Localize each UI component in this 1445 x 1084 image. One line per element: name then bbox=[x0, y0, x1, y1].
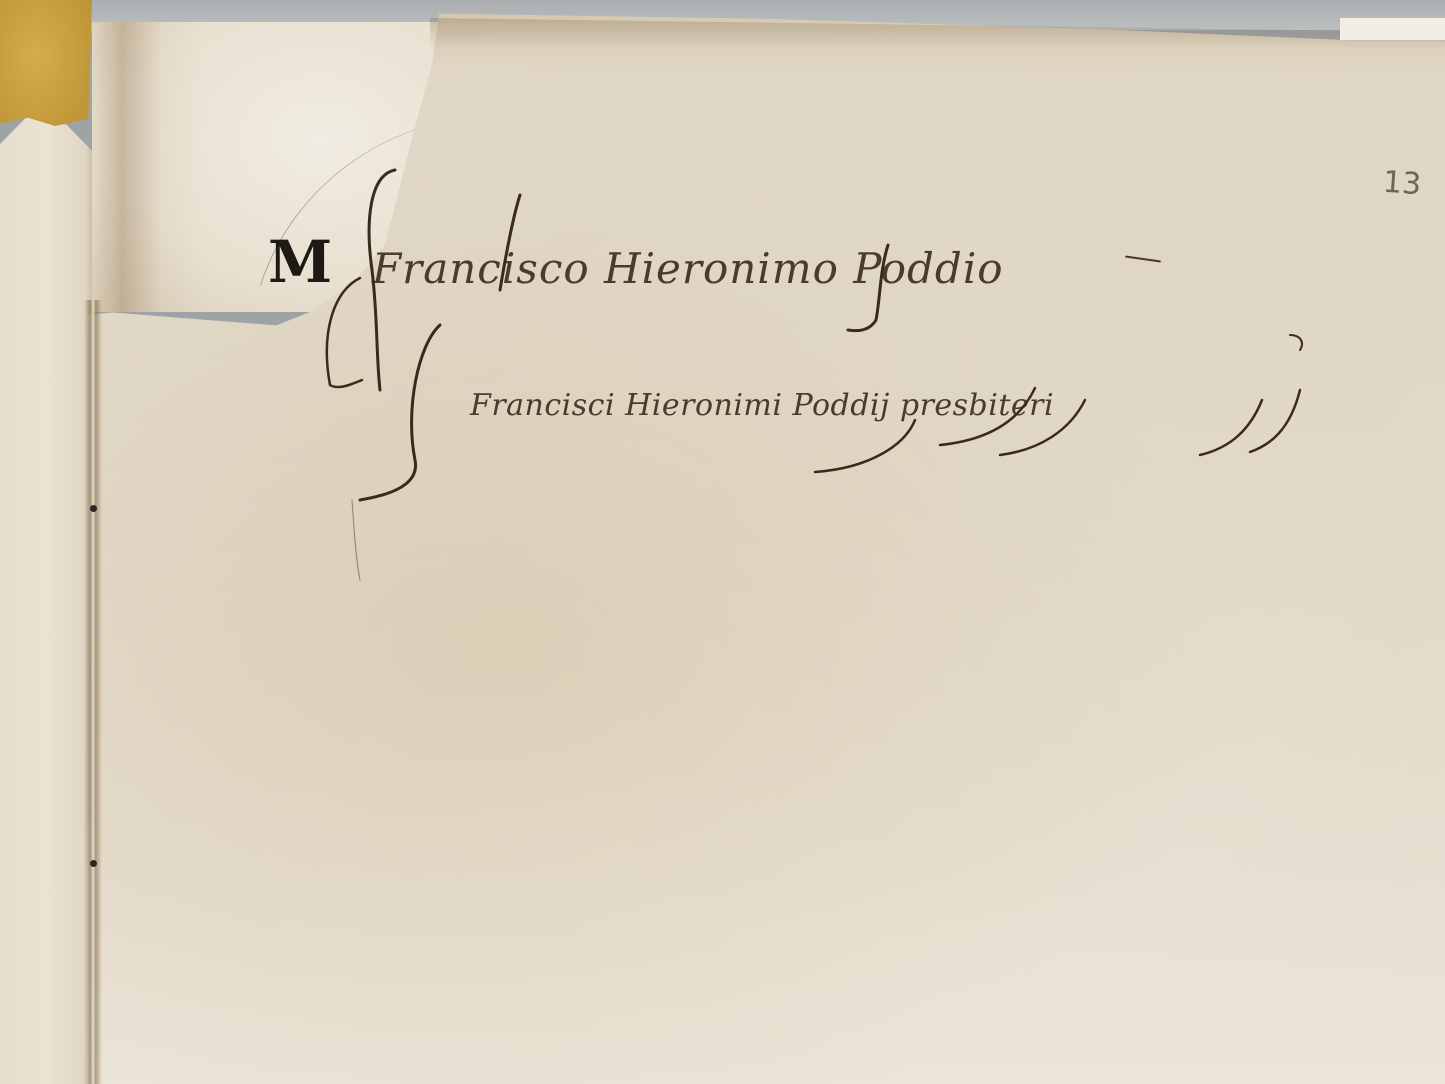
left-page-leaf bbox=[0, 115, 95, 1084]
inscription-line-1: Francisco Hieronimo Poddio bbox=[372, 244, 1004, 293]
binding-stitch bbox=[90, 505, 97, 512]
manuscript-photo: M Francisco Hieronimo Poddio Francisci H… bbox=[0, 0, 1445, 1084]
binding-gutter bbox=[84, 300, 102, 1084]
cover-fragment bbox=[0, 0, 92, 140]
binding-stitch bbox=[90, 860, 97, 867]
folio-number: 13 bbox=[1382, 165, 1423, 203]
inscription-line-2: Francisci Hieronimi Poddij presbiteri bbox=[470, 388, 1054, 423]
top-right-paper-edge bbox=[1340, 18, 1445, 40]
